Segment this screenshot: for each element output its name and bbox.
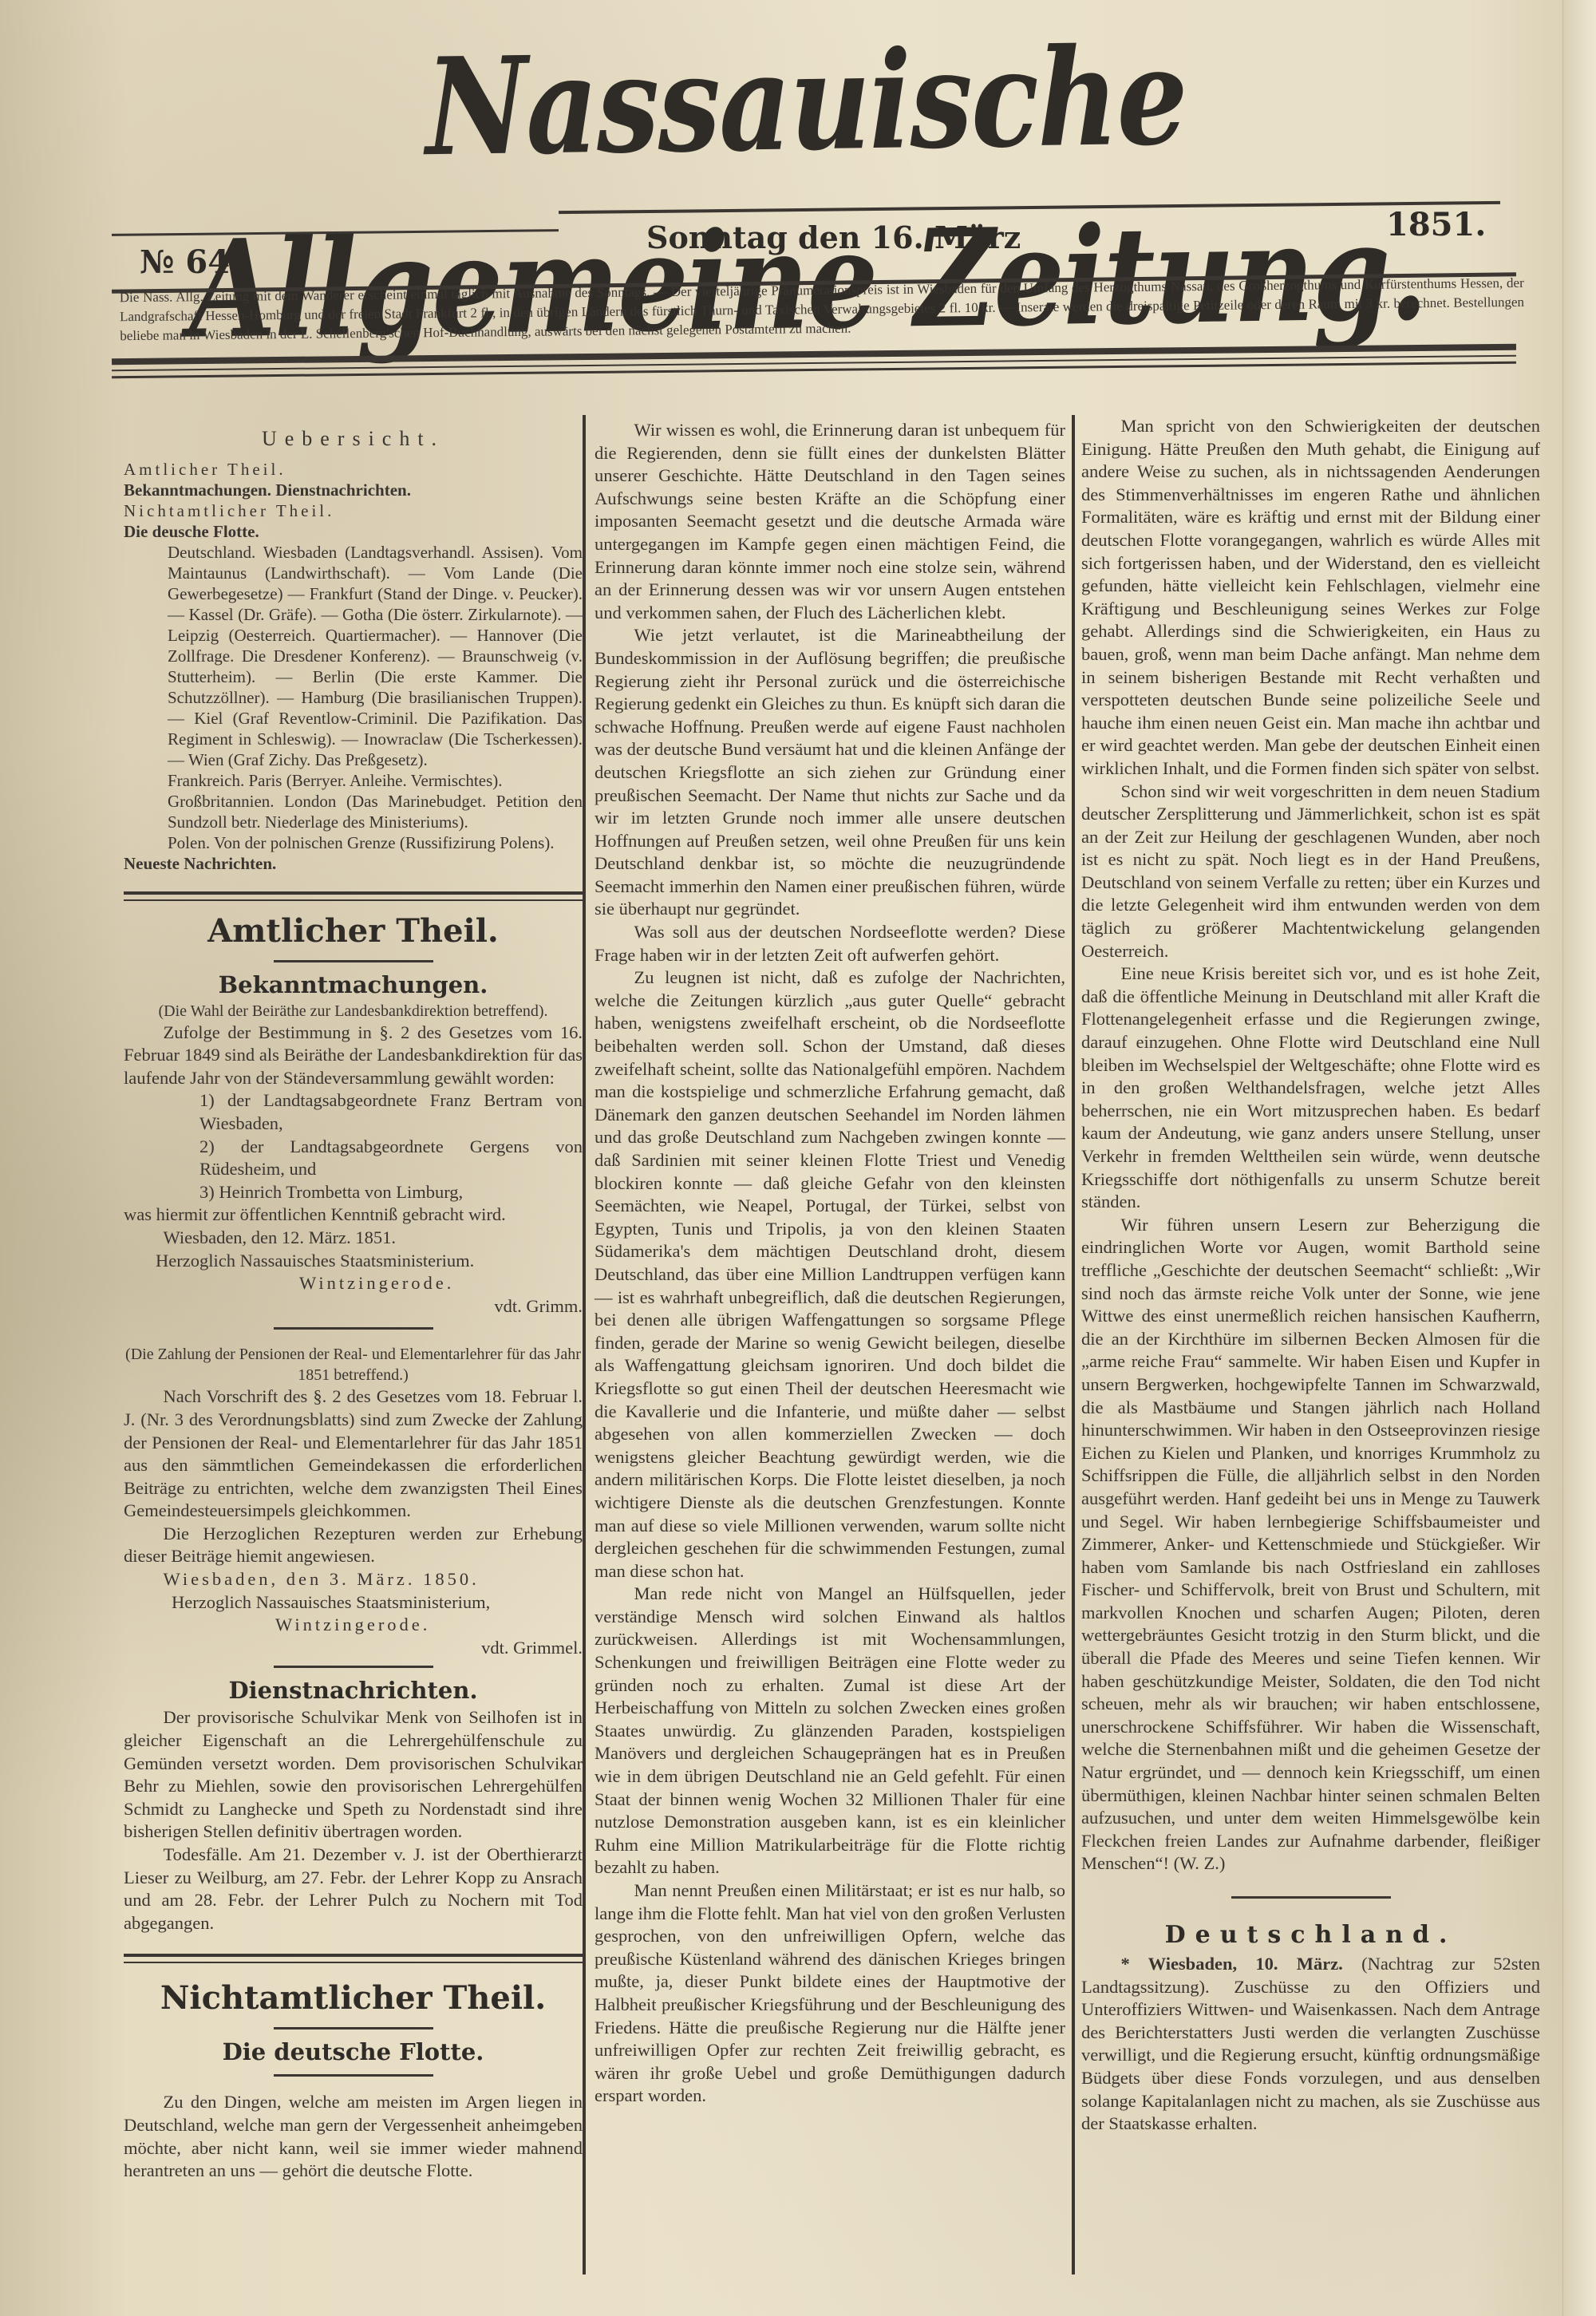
article-paragraph: Schon sind wir weit vorgeschritten in de… (1081, 781, 1540, 963)
toc-entry: Deutschland. Wiesbaden (Landtagsverhandl… (124, 542, 583, 770)
toc-heading: Uebersicht. (124, 428, 583, 451)
article-paragraph: Was soll aus der deutschen Nordseeflotte… (595, 921, 1065, 966)
article-paragraph: Zu den Dingen, welche am meisten im Arge… (124, 2091, 583, 2182)
issue-number: № 64. (140, 243, 241, 281)
column-divider-1 (583, 415, 586, 2275)
toc-entry: Frankreich. Paris (Berryer. Anleihe. Ver… (124, 770, 583, 791)
column-1: Uebersicht. Amtlicher Theil. Bekanntmach… (124, 421, 583, 2183)
section-rule (124, 891, 583, 901)
notice-item: 3) Heinrich Trombetta von Limburg, (124, 1181, 583, 1204)
dispatch-dateline: * Wiesbaden, 10. März. (1121, 1954, 1343, 1974)
article-paragraph: Eine neue Krisis bereitet sich vor, und … (1081, 962, 1540, 1214)
dispatch-body: (Nachtrag zur 52sten Landtagssitzung). Z… (1081, 1954, 1540, 2133)
notice-place-date: Wiesbaden, den 3. März. 1850. (124, 1568, 583, 1591)
heading-rule (274, 960, 433, 962)
article-end-rule (1231, 1896, 1391, 1899)
toc-entry: Neueste Nachrichten. (124, 853, 583, 874)
notice-body: Die Herzoglichen Rezepturen werden zur E… (124, 1523, 583, 1568)
toc-entry: Großbritannien. London (Das Marinebudget… (124, 791, 583, 832)
notice-closing: was hiermit zur öffentlichen Kenntniß ge… (124, 1203, 583, 1227)
notice-subject: (Die Zahlung der Pensionen der Real- und… (124, 1344, 583, 1385)
article-paragraph: Zu leugnen ist nicht, daß es zufolge der… (595, 966, 1065, 1583)
notice-body: Zufolge der Bestimmung in §. 2 des Geset… (124, 1022, 583, 1090)
notice-ministry: Herzoglich Nassauisches Staatsministeriu… (124, 1591, 583, 1614)
article-paragraph: Man nennt Preußen einen Militärstaat; er… (595, 1879, 1065, 2108)
notice-ministry: Herzoglich Nassauisches Staatsministeriu… (124, 1250, 583, 1273)
toc-entry: Nichtamtlicher Theil. (124, 500, 583, 521)
table-of-contents: Uebersicht. Amtlicher Theil. Bekanntmach… (124, 428, 583, 874)
unofficial-section-heading: Nichtamtlicher Theil. (124, 1976, 583, 2021)
masthead-title: Nassauische Allgemeine Zeitung. (167, 3, 1445, 201)
notice-subject: (Die Wahl der Beiräthe zur Landesbankdir… (124, 1001, 583, 1022)
notice-signatory: Wintzingerode. (124, 1272, 583, 1295)
notice-rule (274, 1327, 433, 1330)
notice-countersign: vdt. Grimm. (124, 1295, 583, 1318)
column-2: Wir wissen es wohl, die Erinnerung daran… (595, 419, 1065, 2108)
announcements-heading: Bekanntmachungen. (124, 969, 583, 1001)
article-paragraph: Wir wissen es wohl, die Erinnerung daran… (595, 419, 1065, 624)
official-section-heading: Amtlicher Theil. (124, 909, 583, 954)
service-news-heading: Dienstnachrichten. (124, 1674, 583, 1706)
notice-item: 2) der Landtagsabgeordnete Gergens von R… (124, 1136, 583, 1181)
notice-body: Nach Vorschrift des §. 2 des Gesetzes vo… (124, 1385, 583, 1523)
notice-countersign: vdt. Grimmel. (124, 1637, 583, 1660)
service-news-body: Der provisorische Schulvikar Menk von Se… (124, 1706, 583, 1844)
toc-entry: Die deusche Flotte. (124, 521, 583, 542)
article-paragraph: Man rede nicht von Mangel an Hülfsquelle… (595, 1583, 1065, 1879)
notice-item: 1) der Landtagsabgeordnete Franz Bertram… (124, 1089, 583, 1135)
issue-date: Sonntag den 16. März (646, 219, 1021, 255)
heading-rule (274, 2027, 433, 2029)
germany-heading: Deutschland. (1081, 1918, 1540, 1953)
article-paragraph: Man spricht von den Schwierigkeiten der … (1081, 415, 1540, 781)
column-3: Man spricht von den Schwierigkeiten der … (1081, 415, 1540, 2136)
article-heading: Die deutsche Flotte. (124, 2036, 583, 2068)
toc-entry: Bekanntmachungen. Dienstnachrichten. (124, 480, 583, 500)
page-edge (1562, 0, 1596, 2316)
toc-entry: Polen. Von der polnischen Grenze (Russif… (124, 832, 583, 853)
heading-rule (274, 2074, 433, 2077)
notice-rule (274, 1666, 433, 1668)
section-rule (124, 1954, 583, 1963)
issue-year: 1851. (1386, 206, 1486, 243)
article-paragraph: Wie jetzt verlautet, ist die Marineabthe… (595, 624, 1065, 921)
germany-dispatch: * Wiesbaden, 10. März. (Nachtrag zur 52s… (1081, 1953, 1540, 2136)
article-paragraph: Wir führen unsern Lesern zur Beherzigung… (1081, 1214, 1540, 1875)
deaths-notice: Todesfälle. Am 21. Dezember v. J. ist de… (124, 1844, 583, 1935)
notice-place-date: Wiesbaden, den 12. März. 1851. (124, 1227, 583, 1250)
notice-signatory: Wintzingerode. (124, 1614, 583, 1637)
column-divider-2 (1072, 415, 1075, 2275)
toc-entry: Amtlicher Theil. (124, 459, 583, 480)
